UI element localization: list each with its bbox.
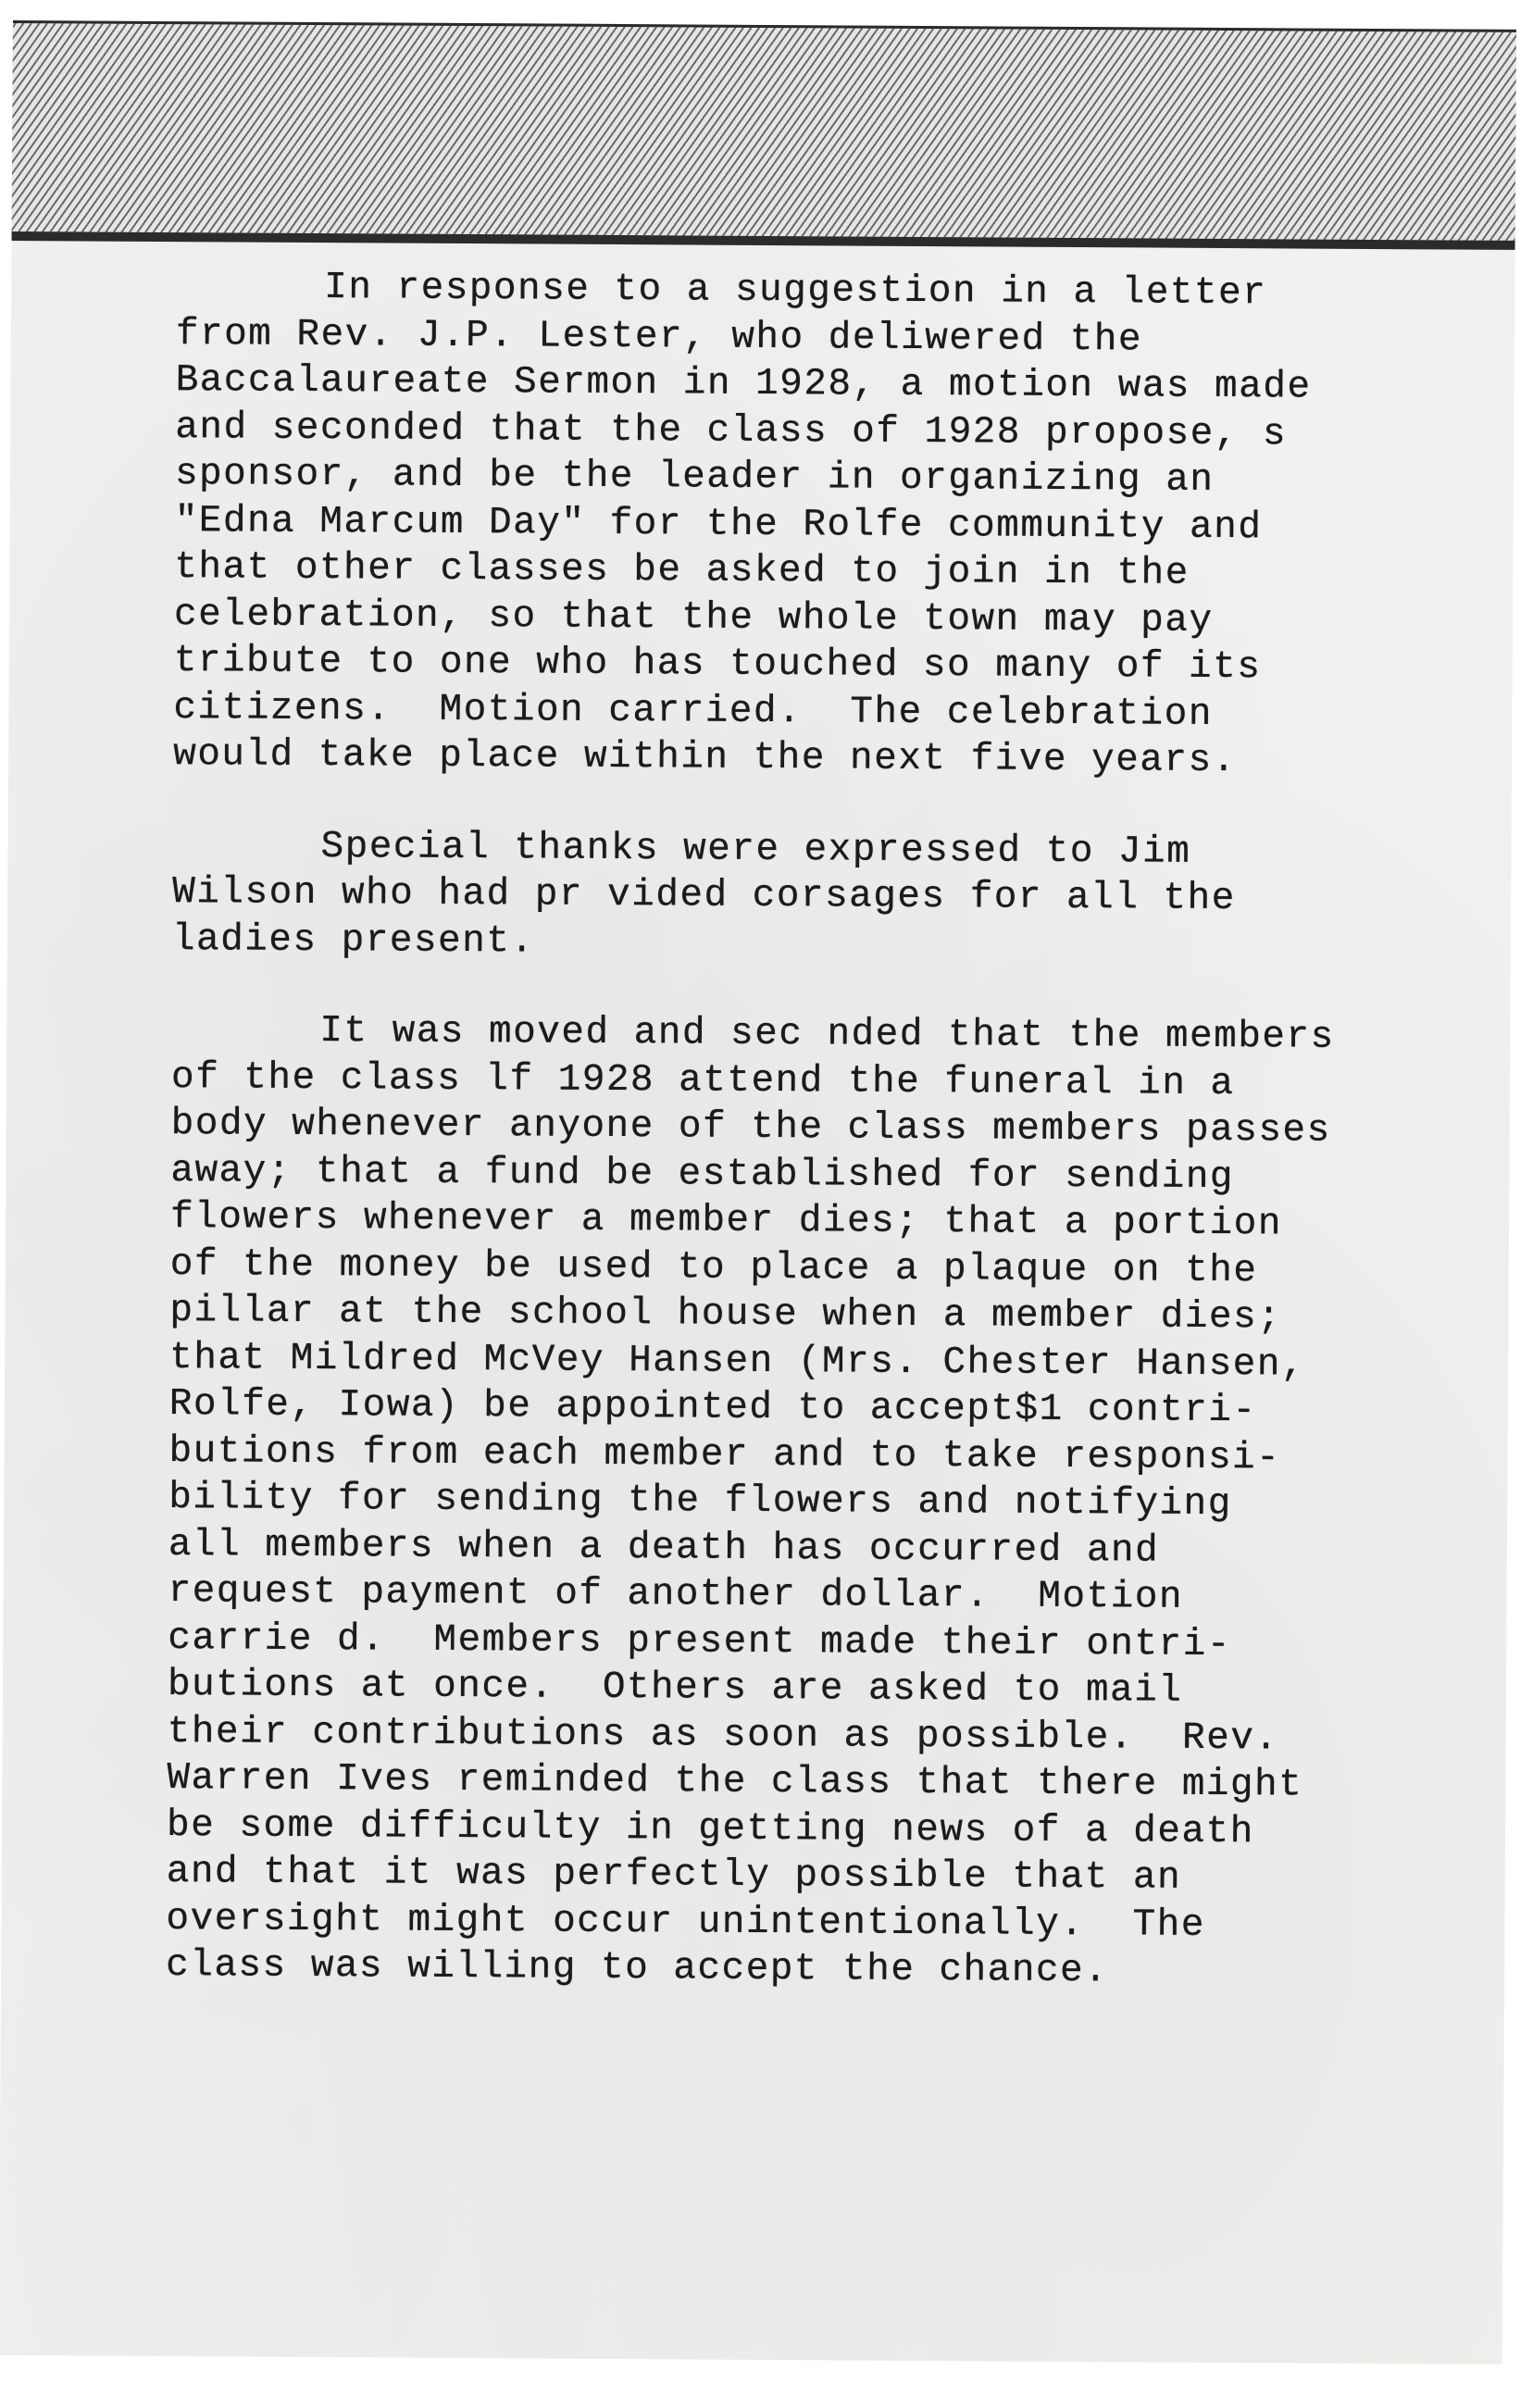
paragraph-funeral-fund-motion: It was moved and sec nded that the membe…: [166, 1007, 1504, 1997]
text-line: Rolfe, Iowa) be appointed to accept$1 co…: [169, 1381, 1502, 1436]
text-line: of the class lf 1928 attend the funeral …: [171, 1054, 1504, 1109]
text-line: "Edna Marcum Day" for the Rolfe communit…: [175, 498, 1508, 553]
text-line: citizens. Motion carried. The celebratio…: [173, 685, 1506, 740]
text-line: Wilson who had pr vided corsages for all…: [172, 869, 1505, 924]
text-line: sponsor, and be the leader in organizing…: [175, 451, 1508, 505]
text-line: that other classes be asked to join in t…: [174, 544, 1507, 599]
text-line: ladies present.: [172, 917, 1505, 971]
text-line: butions from each member and to take res…: [168, 1429, 1502, 1483]
text-line: celebration, so that the whole town may …: [174, 592, 1507, 646]
text-line: In response to a suggestion in a letter: [176, 264, 1509, 318]
text-line: bility for sending the flowers and notif…: [168, 1475, 1502, 1529]
text-line: flowers whenever a member dies; that a p…: [170, 1194, 1503, 1249]
text-line: oversight might occur unintentionally. T…: [166, 1896, 1499, 1951]
text-line: and seconded that the class of 1928 prop…: [175, 405, 1508, 459]
text-line: body whenever anyone of the class member…: [171, 1101, 1504, 1155]
text-line: tribute to one who has touched so many o…: [174, 638, 1507, 692]
text-line: that Mildred McVey Hansen (Mrs. Chester …: [169, 1335, 1502, 1390]
text-line: request payment of another dollar. Motio…: [168, 1568, 1501, 1623]
paragraph-celebration-motion: In response to a suggestion in a letterf…: [173, 264, 1509, 786]
text-line: their contributions as soon as possible.…: [168, 1709, 1501, 1764]
text-line: Warren Ives reminded the class that ther…: [167, 1755, 1500, 1810]
text-line: butions at once. Others are asked to mai…: [168, 1662, 1501, 1716]
typewritten-page: In response to a suggestion in a letterf…: [0, 20, 1516, 2364]
document-body: In response to a suggestion in a letterf…: [166, 264, 1510, 2041]
text-line: Special thanks were expressed to Jim: [172, 823, 1505, 878]
paragraph-special-thanks: Special thanks were expressed to JimWils…: [172, 823, 1506, 971]
text-line: pillar at the school house when a member…: [169, 1288, 1502, 1342]
text-line: away; that a fund be established for sen…: [170, 1148, 1503, 1203]
text-line: be some difficulty in getting news of a …: [167, 1803, 1500, 1857]
text-line: carrie d. Members present made their ont…: [168, 1616, 1501, 1670]
text-line: from Rev. J.P. Lester, who deliwered the: [176, 311, 1509, 366]
text-line: class was willing to accept the chance.: [166, 1942, 1499, 1997]
hatched-header-band: [12, 20, 1516, 250]
text-line: all members when a death has occurred an…: [168, 1522, 1502, 1577]
text-line: of the money be used to place a plaque o…: [170, 1241, 1503, 1296]
text-line: Baccalaureate Sermon in 1928, a motion w…: [175, 357, 1508, 412]
text-line: It was moved and sec nded that the membe…: [171, 1007, 1504, 1062]
text-line: and that it was perfectly possible that …: [167, 1849, 1500, 1903]
text-line: would take place within the next five ye…: [173, 731, 1506, 786]
